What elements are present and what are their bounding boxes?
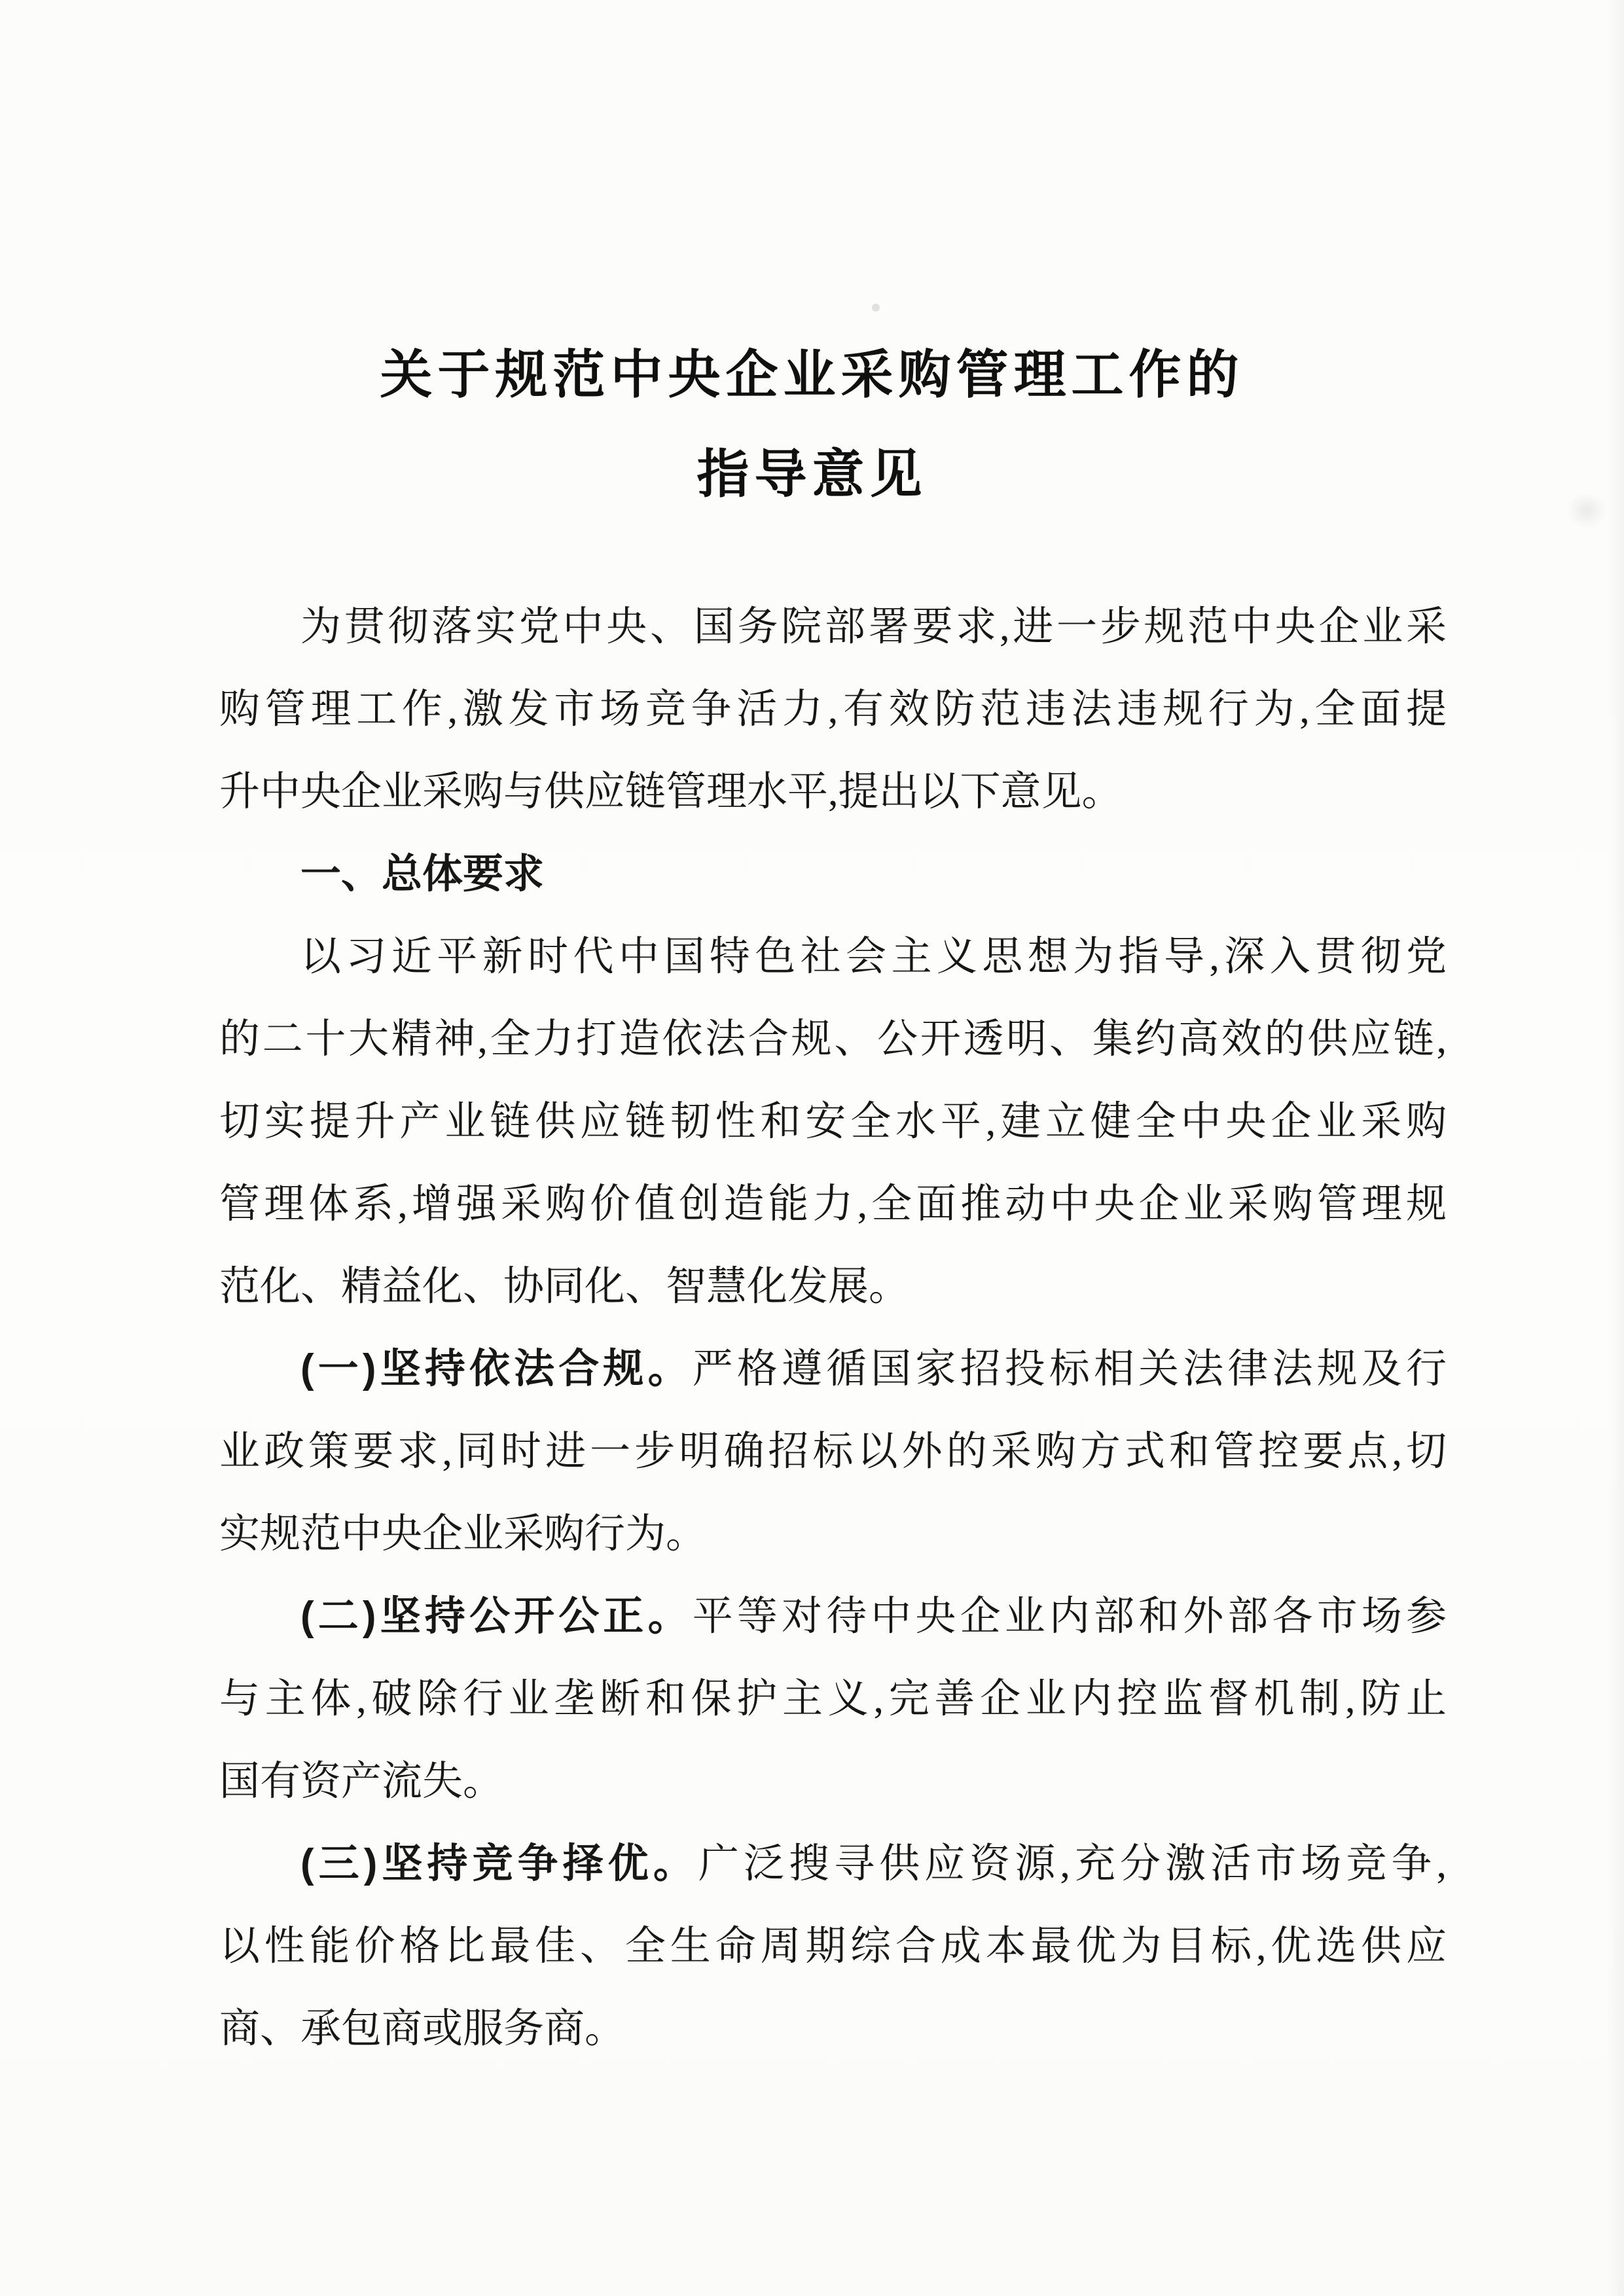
text-line: 范化、精益化、协同化、智慧化发展。 [219, 1246, 1447, 1328]
body-text-segment: 平等对待中央企业内部和外部各市场参 [693, 1594, 1447, 1639]
section-heading: 一、总体要求 [219, 833, 1447, 916]
text-line: 为贯彻落实党中央、国务院部署要求,进一步规范中央企业采 [219, 586, 1447, 668]
body-text-segment: 管理体系,增强采购价值创造能力,全面推动中央企业采购管理规 [219, 1182, 1447, 1227]
body-text-segment: 以习近平新时代中国特色社会主义思想为指导,深入贯彻党 [300, 935, 1447, 979]
bold-lead-text: (三)坚持竞争择优。 [300, 1841, 698, 1886]
text-line: 商、承包商或服务商。 [219, 1988, 1447, 2070]
document-title-line1: 关于规范中央企业采购管理工作的 [0, 326, 1624, 425]
bold-lead-text: 一、总体要求 [300, 852, 544, 897]
body-text-segment: 购管理工作,激发市场竞争活力,有效防范违法违规行为,全面提 [219, 687, 1447, 732]
body-text-segment: 广泛搜寻供应资源,充分激活市场竞争, [698, 1842, 1447, 1886]
text-line: (二)坚持公开公正。平等对待中央企业内部和外部各市场参 [219, 1575, 1447, 1658]
text-line: (一)坚持依法合规。严格遵循国家招投标相关法律法规及行 [219, 1328, 1447, 1410]
text-line: 购管理工作,激发市场竞争活力,有效防范违法违规行为,全面提 [219, 668, 1447, 751]
text-line: 切实提升产业链供应链韧性和安全水平,建立健全中央企业采购 [219, 1081, 1447, 1163]
bold-lead-text: (二)坚持公开公正。 [300, 1594, 693, 1639]
text-line: 以习近平新时代中国特色社会主义思想为指导,深入贯彻党 [219, 916, 1447, 998]
bold-lead-text: (一)坚持依法合规。 [300, 1346, 693, 1391]
text-line: 实规范中央企业采购行为。 [219, 1493, 1447, 1575]
body-text-segment: 范化、精益化、协同化、智慧化发展。 [219, 1265, 909, 1309]
body-text-segment: 国有资产流失。 [219, 1759, 503, 1804]
body-text-segment: 为贯彻落实党中央、国务院部署要求,进一步规范中央企业采 [300, 605, 1447, 649]
body-text-segment: 升中央企业采购与供应链管理水平,提出以下意见。 [219, 770, 1123, 814]
body-text-segment: 切实提升产业链供应链韧性和安全水平,建立健全中央企业采购 [219, 1100, 1447, 1144]
document-body: 为贯彻落实党中央、国务院部署要求,进一步规范中央企业采购管理工作,激发市场竞争活… [219, 586, 1447, 2070]
body-text-segment: 与主体,破除行业垄断和保护主义,完善企业内控监督机制,防止 [219, 1677, 1447, 1721]
text-line: 管理体系,增强采购价值创造能力,全面推动中央企业采购管理规 [219, 1163, 1447, 1246]
document-title-line2: 指导意见 [0, 425, 1624, 525]
document-page: 关于规范中央企业采购管理工作的 指导意见 为贯彻落实党中央、国务院部署要求,进一… [0, 0, 1624, 2296]
text-line: 与主体,破除行业垄断和保护主义,完善企业内控监督机制,防止 [219, 1658, 1447, 1740]
body-text-segment: 实规范中央企业采购行为。 [219, 1512, 706, 1556]
text-line: 以性能价格比最佳、全生命周期综合成本最优为目标,优选供应 [219, 1905, 1447, 1988]
document-title: 关于规范中央企业采购管理工作的 指导意见 [0, 326, 1624, 525]
scan-speck [872, 304, 880, 312]
text-line: (三)坚持竞争择优。广泛搜寻供应资源,充分激活市场竞争, [219, 1823, 1447, 1905]
text-line: 国有资产流失。 [219, 1740, 1447, 1823]
body-text-segment: 业政策要求,同时进一步明确招标以外的采购方式和管控要点,切 [219, 1429, 1447, 1474]
text-line: 的二十大精神,全力打造依法合规、公开透明、集约高效的供应链, [219, 998, 1447, 1081]
text-line: 升中央企业采购与供应链管理水平,提出以下意见。 [219, 751, 1447, 833]
body-text-segment: 严格遵循国家招投标相关法律法规及行 [693, 1347, 1447, 1391]
text-line: 业政策要求,同时进一步明确招标以外的采购方式和管控要点,切 [219, 1410, 1447, 1493]
body-text-segment: 的二十大精神,全力打造依法合规、公开透明、集约高效的供应链, [219, 1017, 1447, 1062]
body-text-segment: 商、承包商或服务商。 [219, 2007, 625, 2051]
body-text-segment: 以性能价格比最佳、全生命周期综合成本最优为目标,优选供应 [219, 1924, 1447, 1969]
